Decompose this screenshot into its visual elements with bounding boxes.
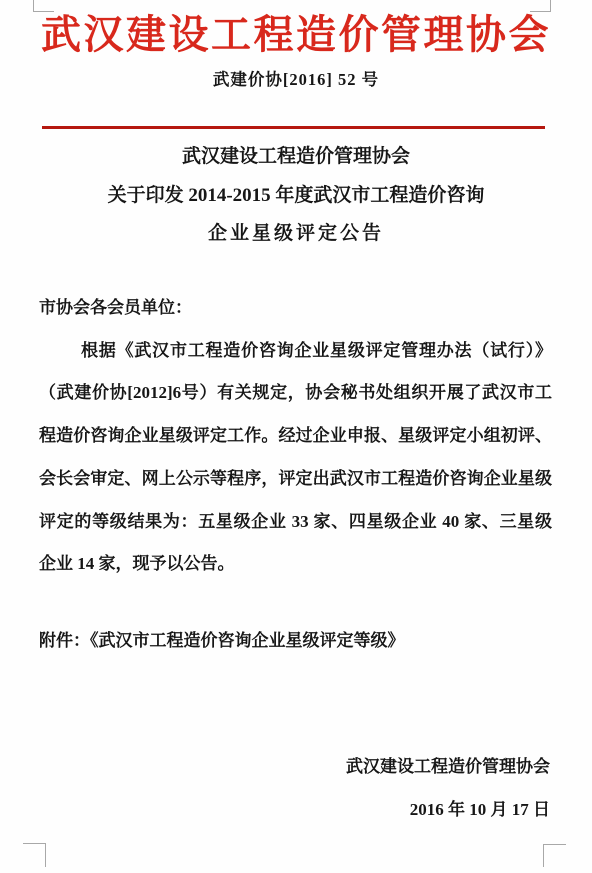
margin-mark-bottom-left [23,843,46,867]
signature-block: 武汉建设工程造价管理协会 2016 年 10 月 17 日 [0,746,550,831]
document-title-line-3: 企业星级评定公告 [0,215,592,254]
body-text: 市协会各会员单位： 根据《武汉市工程造价咨询企业星级评定管理办法（试行）》 （武… [39,287,552,586]
letterhead-divider [42,126,545,129]
document-title-line-2: 关于印发 2014-2015 年度武汉市工程造价咨询 [0,177,592,216]
document-title: 武汉建设工程造价管理协会 关于印发 2014-2015 年度武汉市工程造价咨询 … [0,138,592,254]
margin-mark-bottom-right [543,844,566,867]
body-line-6: 企业 14 家，现予以公告。 [39,543,552,586]
attachment-note: 附件：《武汉市工程造价咨询企业星级评定等级》 [39,630,405,652]
body-line-4: 会长会审定、网上公示等程序，评定出武汉市工程造价咨询企业星级 [39,458,552,501]
body-line-5: 评定的等级结果为：五星级企业 33 家、四星级企业 40 家、三星级 [39,501,552,544]
salutation: 市协会各会员单位： [39,287,552,330]
letterhead-title: 武汉建设工程造价管理协会 [0,11,592,59]
signature-org: 武汉建设工程造价管理协会 [0,746,550,789]
document-page: 武汉建设工程造价管理协会 武建价协[2016] 52 号 武汉建设工程造价管理协… [0,0,592,873]
signature-date: 2016 年 10 月 17 日 [0,789,550,832]
body-line-1: 根据《武汉市工程造价咨询企业星级评定管理办法（试行）》 [39,330,552,373]
document-title-line-1: 武汉建设工程造价管理协会 [0,138,592,177]
document-number: 武建价协[2016] 52 号 [0,69,592,91]
body-line-2: （武建价协[2012]6号）有关规定，协会秘书处组织开展了武汉市工 [39,372,552,415]
body-line-3: 程造价咨询企业星级评定工作。经过企业申报、星级评定小组初评、 [39,415,552,458]
